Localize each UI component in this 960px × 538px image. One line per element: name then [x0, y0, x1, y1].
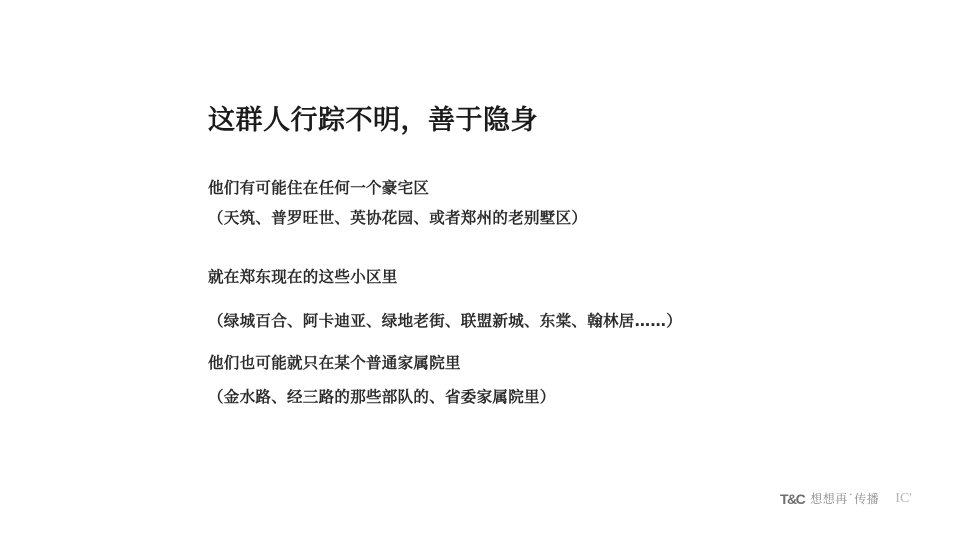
body-line-luxury-districts: 他们有可能住在任何一个豪宅区 [208, 176, 429, 198]
brand-emblem-icon: IC' [895, 491, 912, 507]
body-line-luxury-examples: （天筑、普罗旺世、英协花园、或者郑州的老别墅区） [208, 206, 587, 228]
brand-logo-mark: T&C [780, 491, 804, 507]
body-line-family-compound-examples: （金水路、经三路的那些部队的、省委家属院里） [208, 385, 556, 407]
brand-name: 想想再˙传播 [810, 490, 879, 507]
body-line-zhengdong-examples: （绿城百合、阿卡迪亚、绿地老街、联盟新城、东棠、翰林居……） [208, 309, 682, 331]
body-line-zhengdong: 就在郑东现在的这些小区里 [208, 265, 398, 287]
slide: 这群人行踪不明，善于隐身 他们有可能住在任何一个豪宅区 （天筑、普罗旺世、英协花… [0, 0, 960, 538]
slide-title: 这群人行踪不明，善于隐身 [208, 98, 538, 137]
body-line-family-compound: 他们也可能就只在某个普通家属院里 [208, 351, 461, 373]
footer-logo: T&C 想想再˙传播 IC' [780, 490, 912, 507]
